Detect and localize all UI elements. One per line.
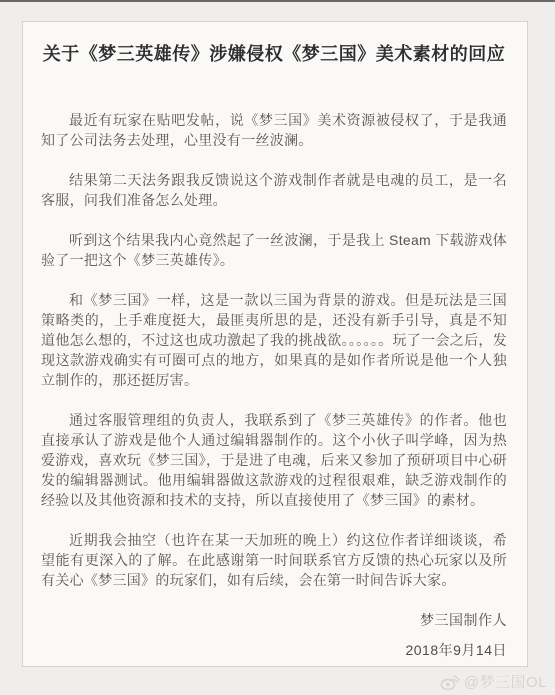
signature-date: 2018年9月14日 — [41, 640, 507, 660]
signature: 梦三国制作人 — [41, 610, 507, 630]
top-edge-line — [0, 0, 555, 2]
watermark-handle: @梦三国OL — [464, 671, 547, 692]
statement-paragraph: 通过客服管理组的负责人，我联系到了《梦三英雄传》的作者。他也直接承认了游戏是他个… — [41, 410, 507, 510]
page: 关于《梦三英雄传》涉嫌侵权《梦三国》美术素材的回应 最近有玩家在贴吧发帖，说《梦… — [0, 0, 555, 695]
statement-body: 最近有玩家在贴吧发帖，说《梦三国》美术资源被侵权了，于是我通知了公司法务去处理，… — [41, 110, 507, 590]
statement-paragraph: 近期我会抽空（也许在某一天加班的晚上）约这位作者详细谈谈，希望能有更深入的了解。… — [41, 530, 507, 590]
statement-paragraph: 结果第二天法务跟我反馈说这个游戏制作者就是电魂的员工，是一名客服，问我们准备怎么… — [41, 170, 507, 210]
weibo-logo-icon — [440, 673, 460, 691]
statement-card: 关于《梦三英雄传》涉嫌侵权《梦三国》美术素材的回应 最近有玩家在贴吧发帖，说《梦… — [22, 21, 528, 667]
statement-paragraph: 听到这个结果我内心竟然起了一丝波澜，于是我上 Steam 下载游戏体验了一把这个… — [41, 230, 507, 270]
statement-paragraph: 和《梦三国》一样，这是一款以三国为背景的游戏。但是玩法是三国策略类的，上手难度挺… — [41, 290, 507, 390]
statement-title: 关于《梦三英雄传》涉嫌侵权《梦三国》美术素材的回应 — [41, 42, 507, 66]
weibo-watermark: @梦三国OL — [440, 671, 547, 692]
statement-paragraph: 最近有玩家在贴吧发帖，说《梦三国》美术资源被侵权了，于是我通知了公司法务去处理，… — [41, 110, 507, 150]
